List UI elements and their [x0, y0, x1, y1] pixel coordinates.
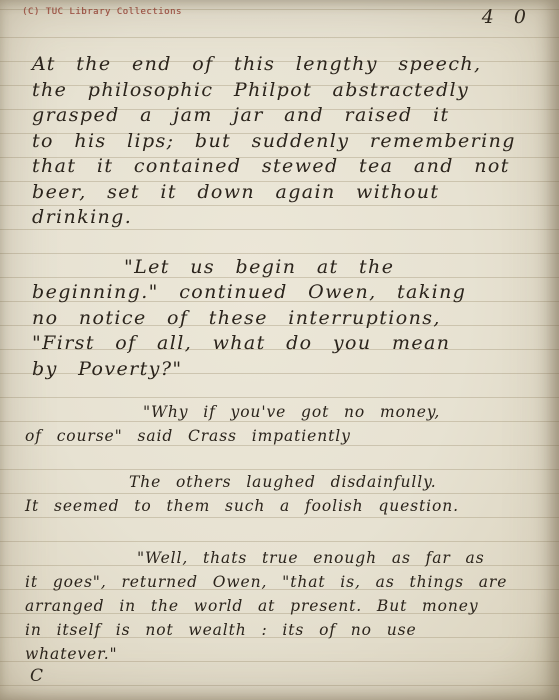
manuscript-page-scan: (C) TUC Library Collections 4 0 At the e… [0, 0, 559, 700]
manuscript-line: of course" said Crass impatiently [25, 424, 541, 448]
handwritten-text: At the end of this lengthy speech, the p… [32, 52, 541, 666]
library-watermark: (C) TUC Library Collections [22, 7, 182, 17]
page-number: 4 0 [482, 6, 533, 28]
manuscript-line: beer, set it down again without [32, 180, 541, 206]
catchword: C [30, 666, 43, 686]
manuscript-line: At the end of this lengthy speech, [32, 52, 541, 78]
manuscript-line: grasped a jam jar and raised it [32, 103, 541, 129]
manuscript-line: beginning." continued Owen, taking [32, 280, 541, 306]
manuscript-line: whatever." [25, 642, 541, 666]
manuscript-line: no notice of these interruptions, [32, 306, 541, 332]
manuscript-line: drinking. [32, 205, 541, 231]
manuscript-line: by Poverty?" [32, 357, 541, 383]
manuscript-line: arranged in the world at present. But mo… [25, 594, 541, 618]
manuscript-line: The others laughed disdainfully. [25, 470, 541, 494]
manuscript-line: it goes", returned Owen, "that is, as th… [25, 570, 541, 594]
manuscript-line: in itself is not wealth : its of no use [25, 618, 541, 642]
manuscript-line: It seemed to them such a foolish questio… [25, 494, 541, 518]
manuscript-line: "First of all, what do you mean [32, 331, 541, 357]
manuscript-line: "Well, thats true enough as far as [25, 546, 541, 570]
manuscript-line: to his lips; but suddenly remembering [32, 129, 541, 155]
manuscript-line: "Why if you've got no money, [25, 400, 541, 424]
manuscript-line: that it contained stewed tea and not [32, 154, 541, 180]
paragraph-2: "Let us begin at the beginning." continu… [32, 255, 541, 383]
paragraph-1: At the end of this lengthy speech, the p… [32, 52, 541, 231]
paragraph-5: "Well, thats true enough as far as it go… [25, 546, 541, 666]
paragraph-4: The others laughed disdainfully. It seem… [25, 470, 541, 518]
paragraph-3: "Why if you've got no money, of course" … [25, 400, 541, 448]
manuscript-line: "Let us begin at the [32, 255, 541, 281]
manuscript-line: the philosophic Philpot abstractedly [32, 78, 541, 104]
